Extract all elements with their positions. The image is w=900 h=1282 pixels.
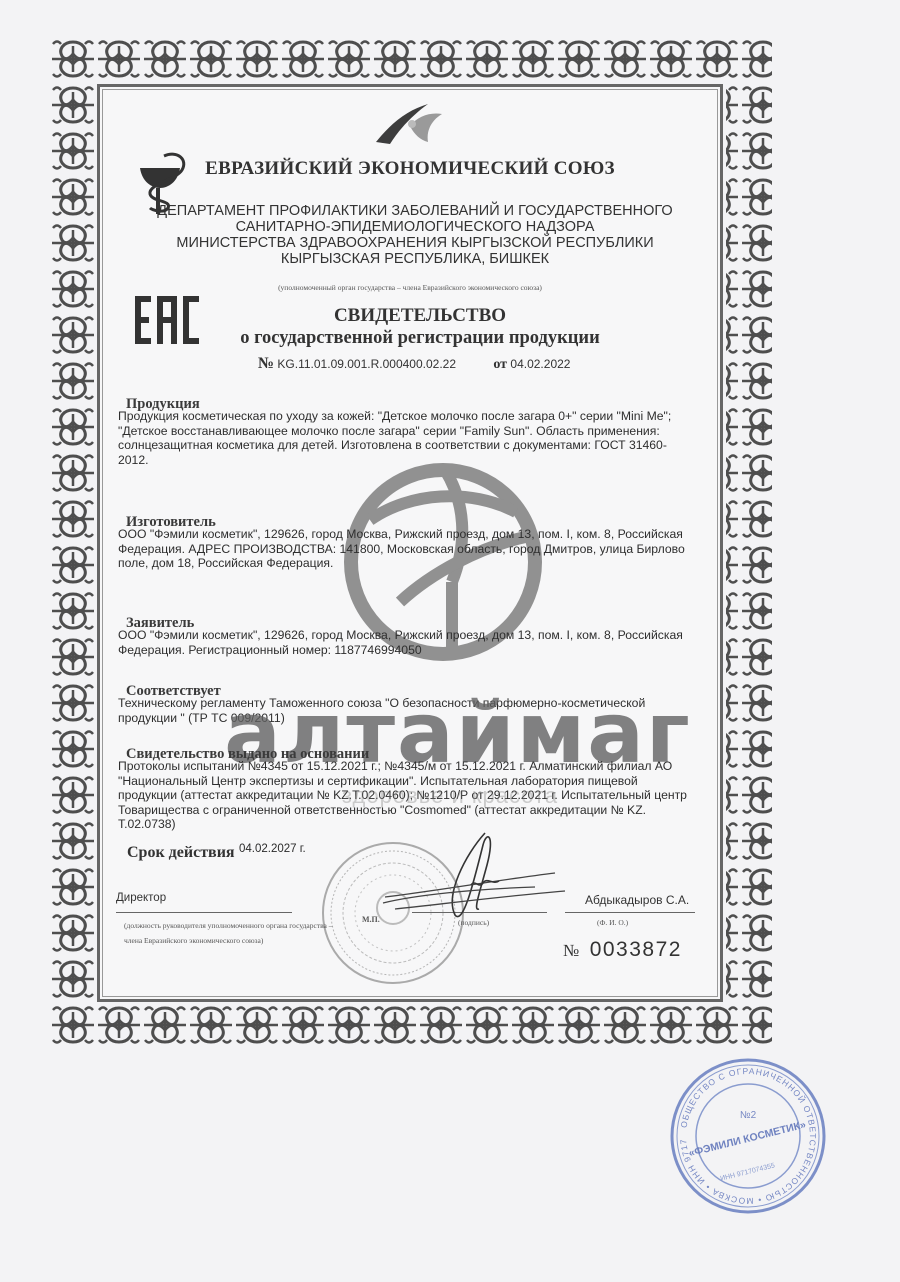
section-heading: Изготовитель <box>126 516 701 527</box>
form-number-value: 0033872 <box>590 938 682 961</box>
department-line: САНИТАРНО-ЭПИДЕМИОЛОГИЧЕСКОГО НАДЗОРА <box>150 219 680 235</box>
section-body: Продукция косметическая по уходу за коже… <box>118 409 693 467</box>
section-applicant: Заявитель ООО "Фэмили косметик", 129626,… <box>118 617 693 657</box>
validity-date: 04.02.2027 г. <box>239 843 306 855</box>
stamp-number: №2 <box>740 1110 757 1121</box>
section-heading: Заявитель <box>126 617 701 628</box>
department-line: КЫРГЫЗСКАЯ РЕСПУБЛИКА, БИШКЕК <box>150 251 680 267</box>
date-label: от <box>493 357 507 372</box>
department-line: МИНИСТЕРСТВА ЗДРАВООХРАНЕНИЯ КЫРГЫЗСКОЙ … <box>150 235 680 251</box>
form-number-label: № <box>563 941 579 960</box>
signature-icon <box>375 825 575 925</box>
name-note: (Ф. И. О.) <box>597 918 628 927</box>
section-body: ООО "Фэмили косметик", 129626, город Мос… <box>118 628 693 657</box>
watermark-tagline: здоровье и красота <box>300 783 600 809</box>
validity-label: Срок действия <box>127 844 235 861</box>
validity: Срок действия 04.02.2027 г. <box>127 843 306 862</box>
name-line <box>565 912 695 913</box>
certificate-subtitle: о государственной регистрации продукции <box>210 328 630 349</box>
section-manufacturer: Изготовитель ООО "Фэмили косметик", 1296… <box>118 516 693 571</box>
eac-mark-icon <box>133 294 203 346</box>
director-title: Директор <box>116 892 166 904</box>
registration-number: KG.11.01.09.001.R.000400.02.22 <box>277 357 456 371</box>
number-label: № <box>258 355 274 372</box>
eaeu-emblem-icon <box>370 100 450 150</box>
certificate-title: СВИДЕТЕЛЬСТВО <box>240 305 600 327</box>
department-name: ДЕПАРТАМЕНТ ПРОФИЛАКТИКИ ЗАБОЛЕВАНИЙ И Г… <box>150 203 680 267</box>
signatory-name: Абдыкадыров С.А. <box>585 893 689 907</box>
authority-note: (уполномоченный орган государства – член… <box>200 283 620 292</box>
company-stamp: ОБЩЕСТВО С ОГРАНИЧЕННОЙ ОТВЕТСТВЕННОСТЬЮ… <box>668 1056 828 1216</box>
director-note: (должность руководителя уполномоченного … <box>124 918 334 948</box>
registration-date: 04.02.2022 <box>510 357 570 371</box>
form-number: № 0033872 <box>563 938 682 962</box>
department-line: ДЕПАРТАМЕНТ ПРОФИЛАКТИКИ ЗАБОЛЕВАНИЙ И Г… <box>150 203 680 219</box>
stamp-inn: ИНН 9717074355 <box>720 1162 776 1182</box>
section-heading: Продукция <box>126 398 701 409</box>
union-title: ЕВРАЗИЙСКИЙ ЭКОНОМИЧЕСКИЙ СОЮЗ <box>200 158 620 180</box>
registration-number-line: № KG.11.01.09.001.R.000400.02.22 от 04.0… <box>258 355 570 373</box>
stamp-company-name: «ФЭМИЛИ КОСМЕТИК» <box>687 1119 807 1160</box>
section-product: Продукция Продукция косметическая по ухо… <box>118 398 693 467</box>
section-body: ООО "Фэмили косметик", 129626, город Мос… <box>118 527 693 571</box>
section-heading: Свидетельство выдано на основании <box>126 748 701 759</box>
director-line <box>116 912 292 913</box>
